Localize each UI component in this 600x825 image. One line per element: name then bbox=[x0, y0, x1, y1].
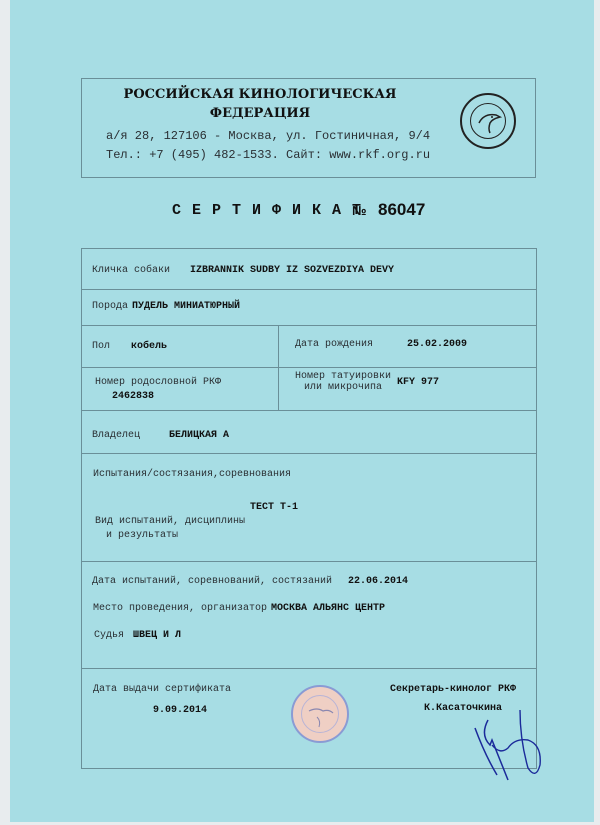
dog-name-value: IZBRANNIK SUDBY IZ SOZVEZDIYA DEVY bbox=[190, 265, 394, 276]
trial-type-value: ТЕСТ Т-1 bbox=[250, 502, 298, 513]
certificate-title: СЕРТИФИКАТ bbox=[172, 202, 372, 219]
judge-label: Судья bbox=[94, 630, 124, 641]
tattoo-value: KFY 977 bbox=[397, 377, 439, 388]
trial-date-label: Дата испытаний, соревнований, состязаний bbox=[92, 576, 332, 587]
tattoo-label-line2: или микрочипа bbox=[304, 382, 382, 393]
divider bbox=[81, 453, 537, 454]
signature-icon bbox=[470, 700, 570, 800]
org-name-line2: ФЕДЕРАЦИЯ bbox=[120, 106, 400, 121]
org-contacts: Тел.: +7 (495) 482-1533. Сайт: www.rkf.o… bbox=[106, 148, 430, 162]
divider bbox=[81, 668, 537, 669]
rkf-round-stamp-icon bbox=[291, 685, 349, 743]
divider bbox=[81, 367, 537, 368]
birth-date-label: Дата рождения bbox=[295, 339, 373, 350]
rkf-dog-head-seal-icon bbox=[460, 93, 516, 149]
venue-label: Место проведения, организатор bbox=[93, 603, 267, 614]
trial-type-label: Вид испытаний, дисциплины bbox=[95, 516, 245, 527]
pedigree-label: Номер родословной РКФ bbox=[95, 377, 221, 388]
owner-value: БЕЛИЦКАЯ А bbox=[169, 430, 229, 441]
divider bbox=[278, 325, 279, 410]
org-address: а/я 28, 127106 - Москва, ул. Гостиничная… bbox=[106, 129, 430, 143]
org-name-line1: РОССИЙСКАЯ КИНОЛОГИЧЕСКАЯ bbox=[120, 87, 400, 102]
trial-date-value: 22.06.2014 bbox=[348, 576, 408, 587]
venue-value: МОСКВА АЛЬЯНС ЦЕНТР bbox=[271, 603, 385, 614]
trial-type-label-line2: и результаты bbox=[106, 530, 178, 541]
sex-label: Пол bbox=[92, 341, 110, 352]
issue-date-label: Дата выдачи сертификата bbox=[93, 684, 231, 695]
tattoo-label: Номер татуировки bbox=[295, 371, 391, 382]
certificate-number: 86047 bbox=[378, 200, 425, 220]
pedigree-value: 2462838 bbox=[112, 391, 154, 402]
divider bbox=[81, 561, 537, 562]
secretary-label: Секретарь-кинолог РКФ bbox=[390, 684, 516, 695]
divider bbox=[81, 289, 537, 290]
divider bbox=[81, 410, 537, 411]
divider bbox=[81, 325, 537, 326]
owner-label: Владелец bbox=[92, 430, 140, 441]
sex-value: кобель bbox=[131, 341, 167, 352]
trials-heading: Испытания/состязания,соревнования bbox=[93, 469, 291, 480]
breed-label: Порода bbox=[92, 301, 128, 312]
issue-date-value: 9.09.2014 bbox=[153, 705, 207, 716]
birth-date-value: 25.02.2009 bbox=[407, 339, 467, 350]
breed-value: ПУДЕЛЬ МИНИАТЮРНЫЙ bbox=[132, 301, 240, 312]
dog-name-label: Кличка собаки bbox=[92, 265, 170, 276]
certificate-number-sign: № bbox=[352, 203, 367, 218]
judge-value: ШВЕЦ И Л bbox=[133, 630, 181, 641]
